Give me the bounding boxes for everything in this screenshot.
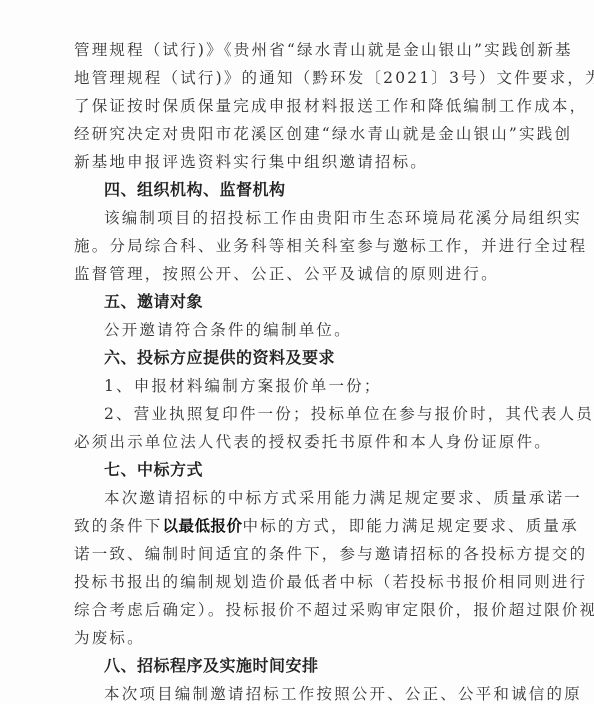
paragraph-line: 公开邀请符合条件的编制单位。 [74, 316, 514, 344]
paragraph-line: 综合考虑后确定）。投标报价不超过采购审定限价，报价超过限价视 [74, 596, 514, 624]
paragraph-line: 本次邀请招标的中标方式采用能力满足规定要求、质量承诺一 [74, 484, 514, 512]
paragraph-line: 监督管理，按照公开、公正、公平及诚信的原则进行。 [74, 260, 514, 288]
paragraph-line: 经研究决定对贵阳市花溪区创建“绿水青山就是金山银山”实践创 [74, 120, 514, 148]
paragraph-line: 施。分局综合科、业务科等相关科室参与邀标工作，并进行全过程 [74, 232, 514, 260]
paragraph-line: 必须出示单位法人代表的授权委托书原件和本人身份证原件。 [74, 428, 514, 456]
list-item: 2、营业执照复印件一份；投标单位在参与报价时，其代表人员 [74, 400, 514, 428]
section-heading-invitees: 五、邀请对象 [74, 288, 514, 316]
section-heading-organization: 四、组织机构、监督机构 [74, 176, 514, 204]
paragraph-line: 新基地申报评选资料实行集中组织邀请招标。 [74, 148, 514, 176]
section-heading-award-method: 七、中标方式 [74, 456, 514, 484]
document-page: 管理规程（试行)》《贵州省“绿水青山就是金山银山”实践创新基 地管理规程（试行)… [0, 0, 594, 704]
paragraph-line: 为废标。 [74, 624, 514, 652]
document-body: 管理规程（试行)》《贵州省“绿水青山就是金山银山”实践创新基 地管理规程（试行)… [74, 36, 514, 704]
paragraph-line: 管理规程（试行)》《贵州省“绿水青山就是金山银山”实践创新基 [74, 36, 514, 64]
paragraph-line: 本次项目编制邀请招标工作按照公开、公正、公平和诚信的原 [74, 680, 514, 704]
paragraph-line: 诺一致、编制时间适宜的条件下，参与邀请招标的各投标方提交的 [74, 540, 514, 568]
text-run: 致的条件下 [74, 517, 163, 535]
paragraph-line: 地管理规程（试行)》的通知（黔环发〔2021〕3号）文件要求，为 [74, 64, 514, 92]
paragraph-line: 该编制项目的招投标工作由贵阳市生态环境局花溪分局组织实 [74, 204, 514, 232]
section-heading-bid-materials: 六、投标方应提供的资料及要求 [74, 344, 514, 372]
section-heading-procedure-schedule: 八、招标程序及实施时间安排 [74, 652, 514, 680]
text-run: 中标的方式，即能力满足规定要求、质量承 [243, 517, 579, 535]
emphasis-lowest-price: 以最低报价 [163, 517, 243, 535]
list-item: 1、申报材料编制方案报价单一份； [74, 372, 514, 400]
paragraph-line: 致的条件下以最低报价中标的方式，即能力满足规定要求、质量承 [74, 512, 514, 540]
paragraph-line: 了保证按时保质保量完成申报材料报送工作和降低编制工作成本， [74, 92, 514, 120]
paragraph-line: 投标书报出的编制规划造价最低者中标（若投标书报价相同则进行 [74, 568, 514, 596]
